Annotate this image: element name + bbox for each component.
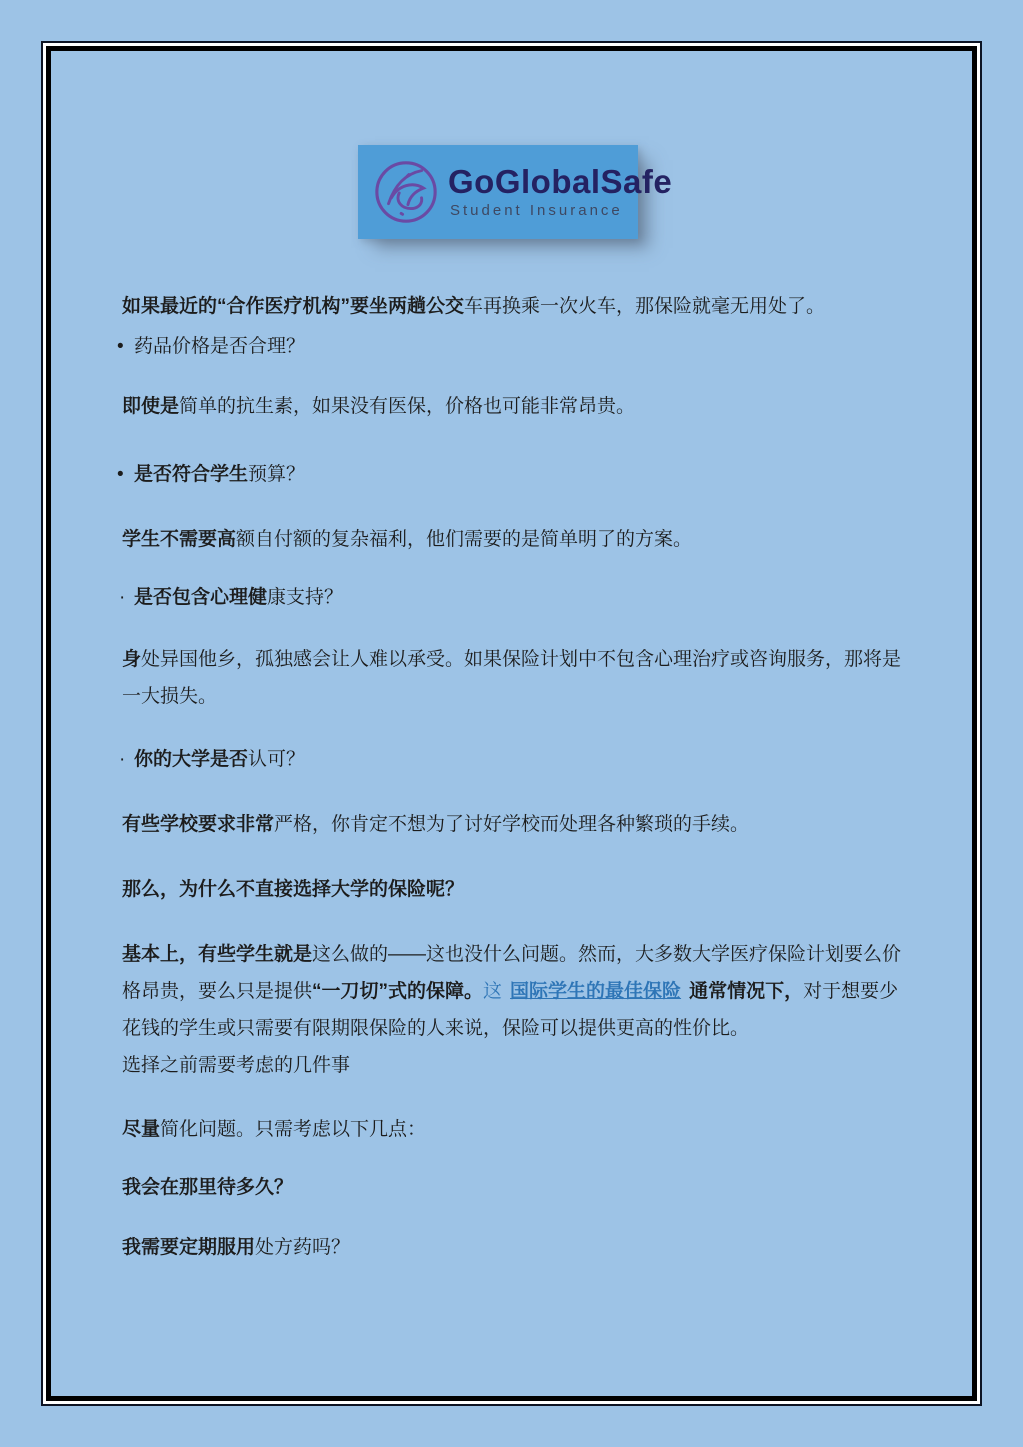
paragraph: 学生不需要高额自付额的复杂福利，他们需要的是简单明了的方案。	[122, 521, 922, 558]
bold-run: 我会在那里待多久？	[122, 1177, 293, 1198]
text-line: 身处异国他乡，孤独感会让人难以承受。如果保险计划中不包含心理治疗或咨询服务，那将…	[122, 641, 922, 678]
bold-run: 是否符合学生	[134, 464, 248, 485]
text-run: 格昂贵，要么只是提供	[122, 981, 312, 1002]
bold-run: 是否包含心理健	[134, 587, 267, 608]
globe-swirl-icon	[372, 158, 440, 226]
goglobalsafe-logo: GoGlobalSafe Student Insurance	[358, 145, 638, 239]
text-line: 有些学校要求非常严格，你肯定不想为了讨好学校而处理各种繁琐的手续。	[122, 806, 922, 843]
text-run: 处异国他乡，孤独感会让人难以承受。如果保险计划中不包含心理治疗或咨询服务，那将是	[141, 649, 901, 670]
paragraph: 我会在那里待多久？	[122, 1169, 922, 1206]
text-run: 康支持？	[267, 587, 343, 608]
paragraph: 有些学校要求非常严格，你肯定不想为了讨好学校而处理各种繁琐的手续。	[122, 806, 922, 843]
bold-run: “一刀切”式的保障。	[312, 981, 483, 1002]
section-heading: 那么，为什么不直接选择大学的保险呢？	[122, 871, 922, 908]
paragraph: 如果最近的“合作医疗机构”要坐两趟公交车再换乘一次火车，那保险就毫无用处了。	[122, 288, 922, 325]
bold-run: 即使是	[122, 396, 179, 417]
text-line: ·你的大学是否认可？	[122, 741, 922, 778]
text-run: 这么做的——这也没什么问题。然而，大多数大学医疗保险计划要么价	[312, 944, 901, 965]
logo-brand-text: GoGlobalSafe	[448, 165, 672, 199]
bullet-marker: ·	[119, 579, 134, 616]
text-run: 药品价格是否合理？	[134, 336, 305, 357]
text-line: 学生不需要高额自付额的复杂福利，他们需要的是简单明了的方案。	[122, 521, 922, 558]
text-line: 选择之前需要考虑的几件事	[122, 1047, 922, 1084]
text-run: 严格，你肯定不想为了讨好学校而处理各种繁琐的手续。	[274, 814, 749, 835]
text-run: 花钱的学生或只需要有限期限保险的人来说，保险可以提供更高的性价比。	[122, 1018, 749, 1039]
bold-run: 如果最近的“合作医疗机构”要坐两趟公交	[122, 296, 464, 317]
bold-run: 你的大学是否	[134, 749, 248, 770]
bullet-marker: ·	[119, 741, 134, 778]
text-run: 一大损失。	[122, 686, 217, 707]
text-line: 我会在那里待多久？	[122, 1169, 922, 1206]
text-run: 简单的抗生素，如果没有医保，价格也可能非常昂贵。	[179, 396, 635, 417]
bullet-marker: •	[117, 456, 134, 493]
text-run: 这	[483, 981, 502, 1002]
paragraph: 即使是简单的抗生素，如果没有医保，价格也可能非常昂贵。	[122, 388, 922, 425]
text-line: 那么，为什么不直接选择大学的保险呢？	[122, 871, 922, 908]
bold-run: 学生不需要高	[122, 529, 236, 550]
bullet-item: ·你的大学是否认可？	[122, 741, 922, 778]
bullet-item: ·是否包含心理健康支持？	[122, 579, 922, 616]
text-line: 尽量简化问题。只需考虑以下几点：	[122, 1111, 922, 1148]
text-run: 对于想要少	[803, 981, 898, 1002]
text-line: 花钱的学生或只需要有限期限保险的人来说，保险可以提供更高的性价比。	[122, 1010, 922, 1047]
bold-run: 那么，为什么不直接选择大学的保险呢？	[122, 879, 464, 900]
bold-run: 有些学校要求非常	[122, 814, 274, 835]
paragraph: 基本上，有些学生就是这么做的——这也没什么问题。然而，大多数大学医疗保险计划要么…	[122, 936, 922, 1084]
paragraph: 我需要定期服用处方药吗？	[122, 1229, 922, 1266]
text-run: 额自付额的复杂福利，他们需要的是简单明了的方案。	[236, 529, 692, 550]
text-line: 我需要定期服用处方药吗？	[122, 1229, 922, 1266]
text-run: 预算？	[248, 464, 305, 485]
text-run: 车再换乘一次火车，那保险就毫无用处了。	[464, 296, 825, 317]
paragraph: 尽量简化问题。只需考虑以下几点：	[122, 1111, 922, 1148]
document-body: 如果最近的“合作医疗机构”要坐两趟公交车再换乘一次火车，那保险就毫无用处了。 •…	[122, 288, 922, 1266]
bold-run: 身	[122, 649, 141, 670]
text-line: 如果最近的“合作医疗机构”要坐两趟公交车再换乘一次火车，那保险就毫无用处了。	[122, 288, 922, 325]
text-run: 选择之前需要考虑的几件事	[122, 1055, 350, 1076]
text-line: 即使是简单的抗生素，如果没有医保，价格也可能非常昂贵。	[122, 388, 922, 425]
bold-run: 基本上，有些学生就是	[122, 944, 312, 965]
text-line: ·是否包含心理健康支持？	[122, 579, 922, 616]
bold-run: 通常情况下，	[689, 981, 803, 1002]
text-line: 一大损失。	[122, 678, 922, 715]
bullet-item: •是否符合学生预算？	[122, 456, 922, 493]
text-run: 简化问题。只需考虑以下几点：	[160, 1119, 426, 1140]
bold-run: 尽量	[122, 1119, 160, 1140]
text-line: •是否符合学生预算？	[122, 456, 922, 493]
bold-run: 我需要定期服用	[122, 1237, 255, 1258]
text-line: •药品价格是否合理？	[122, 328, 922, 365]
best-insurance-link[interactable]: 国际学生的最佳保险	[510, 981, 681, 1002]
logo-tagline: Student Insurance	[448, 202, 672, 219]
bullet-item: •药品价格是否合理？	[122, 328, 922, 365]
paragraph: 身处异国他乡，孤独感会让人难以承受。如果保险计划中不包含心理治疗或咨询服务，那将…	[122, 641, 922, 715]
text-run: 认可？	[248, 749, 305, 770]
text-line: 格昂贵，要么只是提供“一刀切”式的保障。这国际学生的最佳保险通常情况下，对于想要…	[122, 973, 922, 1010]
document-page: GoGlobalSafe Student Insurance 如果最近的“合作医…	[0, 0, 1023, 1447]
text-line: 基本上，有些学生就是这么做的——这也没什么问题。然而，大多数大学医疗保险计划要么…	[122, 936, 922, 973]
text-run: 处方药吗？	[255, 1237, 350, 1258]
logo-text-column: GoGlobalSafe Student Insurance	[448, 165, 672, 219]
bullet-marker: •	[117, 328, 134, 365]
